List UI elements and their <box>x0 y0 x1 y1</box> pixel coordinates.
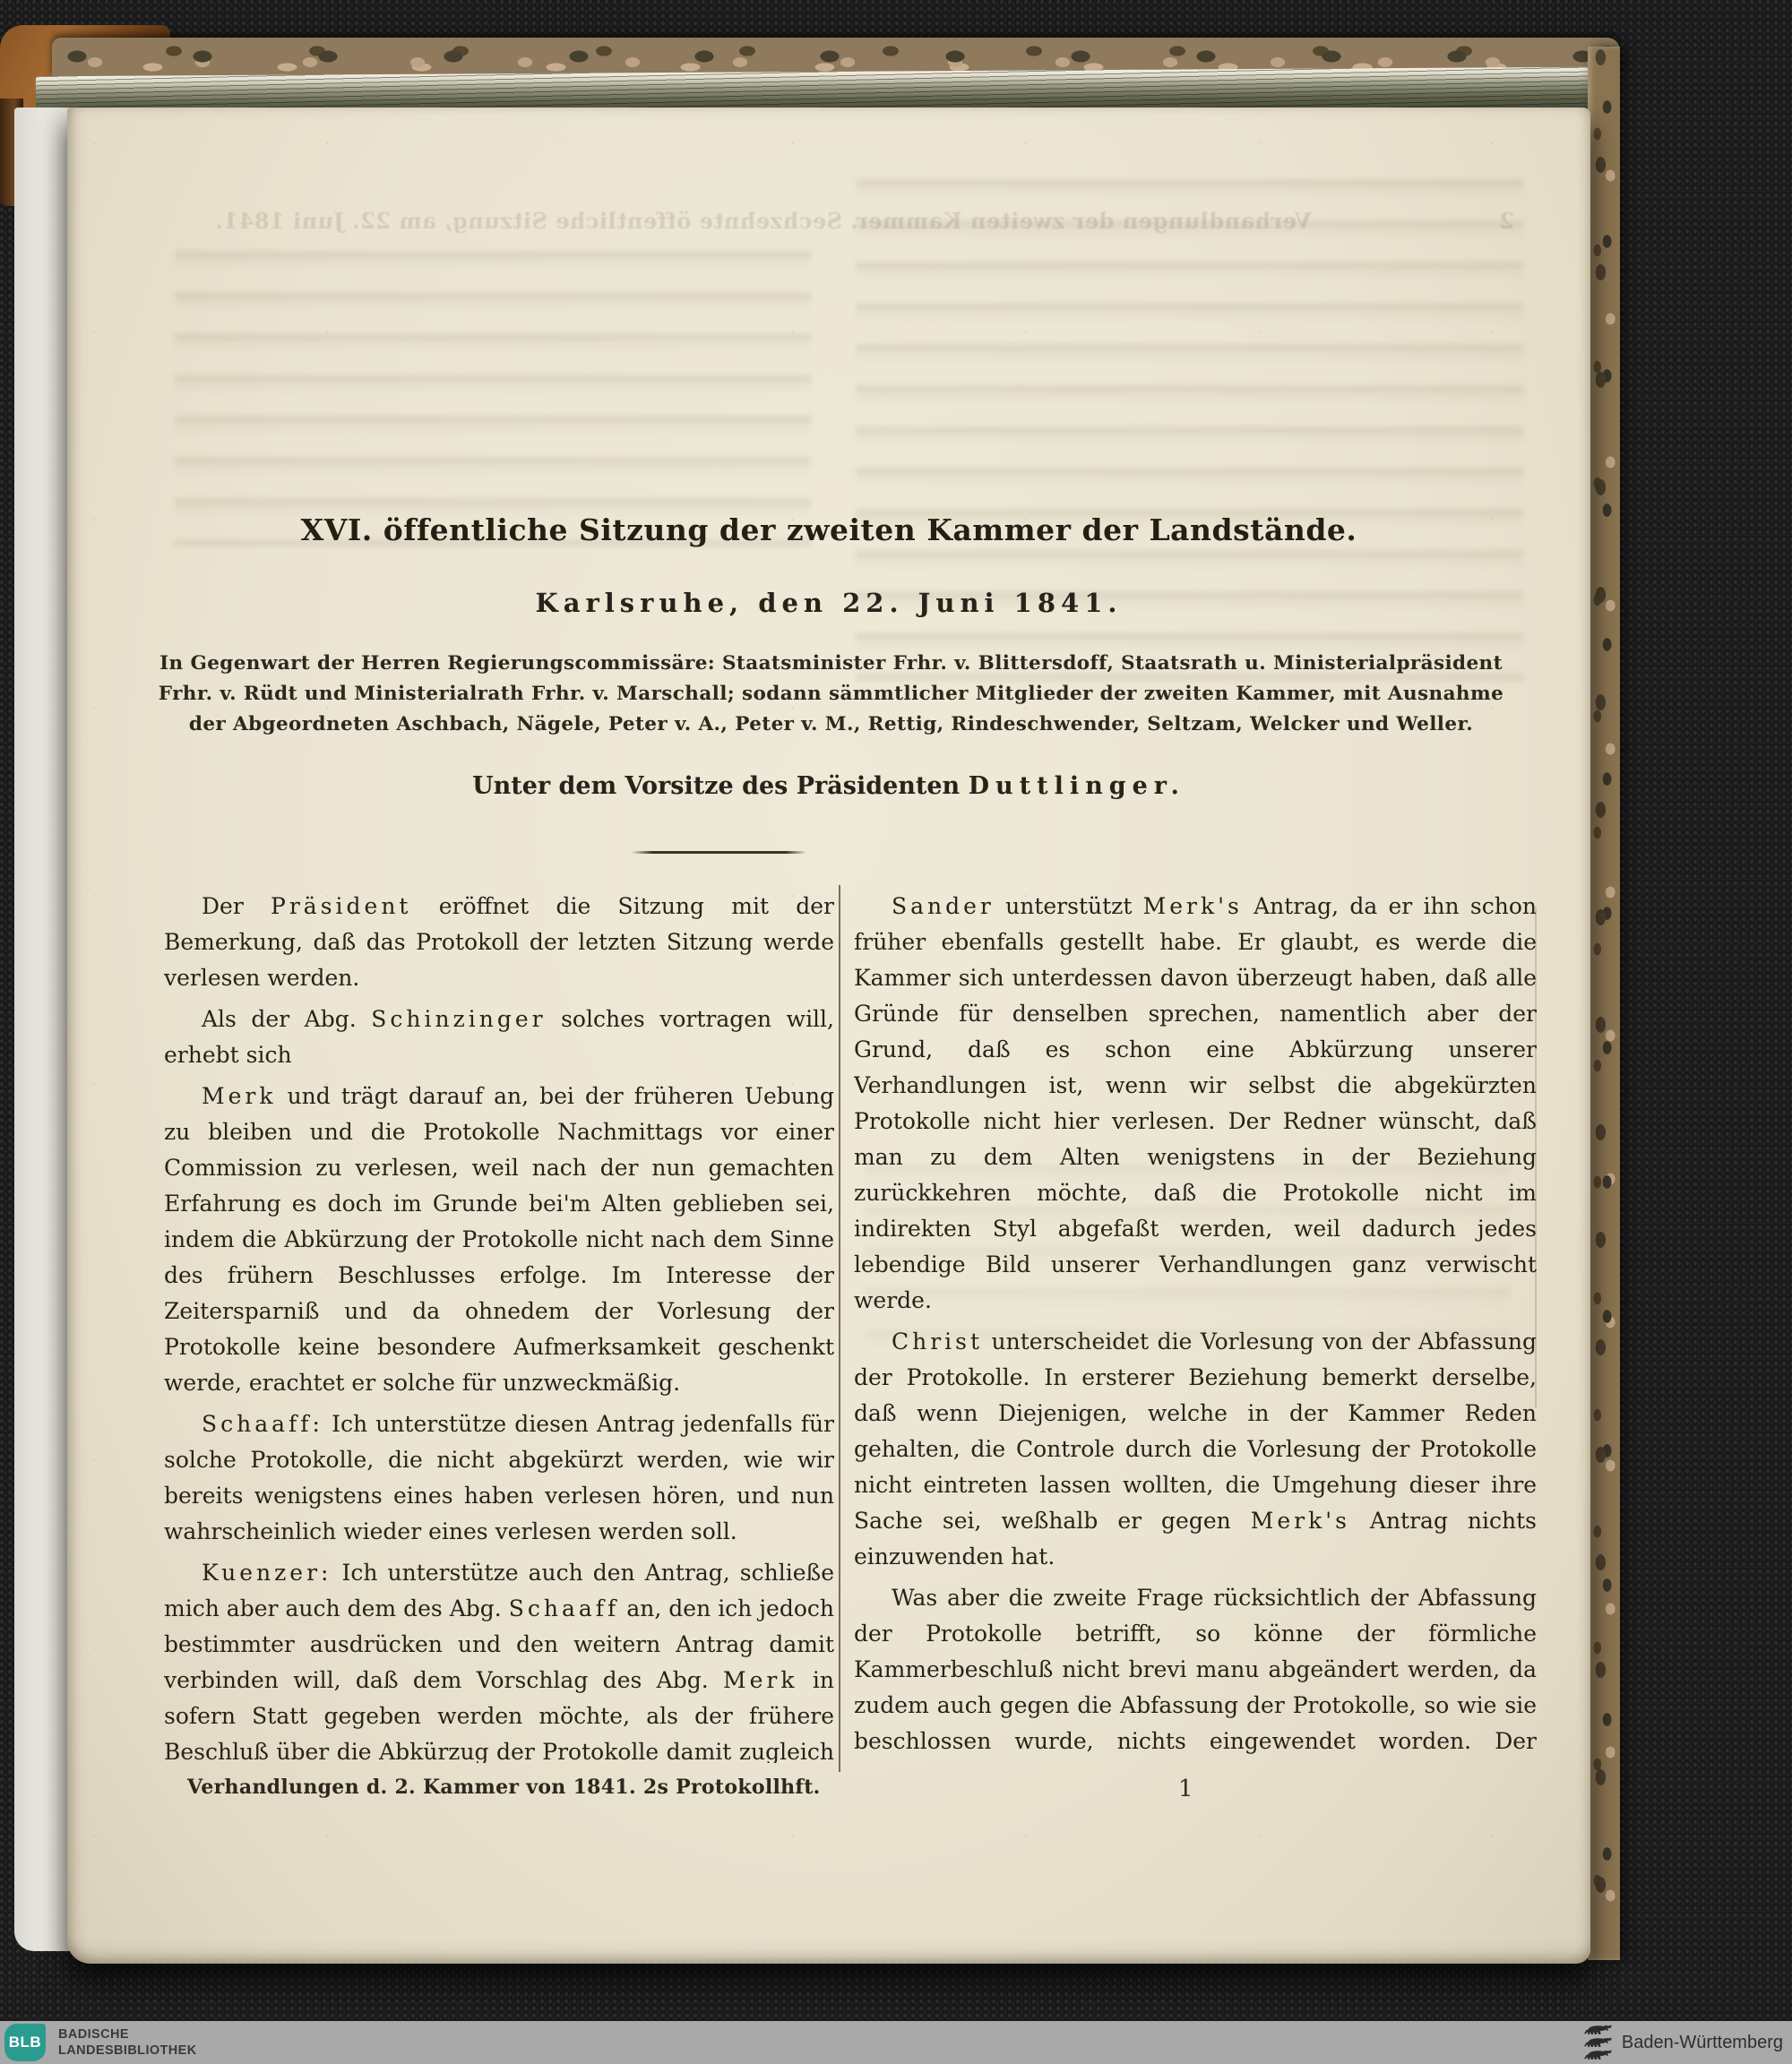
dateline: Karlsruhe, den 22. Juni 1841. <box>67 588 1590 618</box>
blb-logo-badge: BLB <box>4 2024 46 2061</box>
region-label: Baden-Württemberg <box>1622 2033 1783 2053</box>
volume-footnote: Verhandlungen d. 2. Kammer von 1841. 2s … <box>187 1776 821 1799</box>
column-divider-rule <box>839 885 840 1772</box>
paragraph: Sander unterstützt Merk's Antrag, da er … <box>854 889 1537 1319</box>
paragraph: Kuenzer: Ich unterstütze auch den Antrag… <box>164 1555 834 1763</box>
book-cover-marbled-right-edge <box>1588 47 1620 1960</box>
library-name-line1: BADISCHE <box>58 2026 197 2042</box>
paragraph: Schaaff: Ich unterstütze diesen Antrag j… <box>164 1406 834 1550</box>
baden-wuerttemberg-mark: Baden-Württemberg <box>1584 2025 1783 2061</box>
paragraph: Der Präsident eröffnet die Sitzung mit d… <box>164 889 834 996</box>
library-footer-bar: BLB BADISCHE LANDESBIBLIOTHEK Baden-Würt… <box>0 2021 1792 2064</box>
scan-stage: 2 Verhandlungen der zweiten Kammer. Sech… <box>0 0 1792 2064</box>
blb-logo-text: BLB <box>9 2034 41 2051</box>
paragraph: Merk und trägt darauf an, bei der früher… <box>164 1079 834 1401</box>
paragraph: Was aber die zweite Frage rücksichtlich … <box>854 1580 1537 1763</box>
left-column: Der Präsident eröffnet die Sitzung mit d… <box>164 889 834 1763</box>
library-name: BADISCHE LANDESBIBLIOTHEK <box>58 2026 197 2059</box>
bleedthrough-running-header: 2 Verhandlungen der zweiten Kammer. Sech… <box>215 208 1514 234</box>
chair-prefix: Unter dem Vorsitze des Präsidenten <box>472 772 969 800</box>
section-divider-rule <box>632 851 806 854</box>
text-columns: Der Präsident eröffnet die Sitzung mit d… <box>67 889 1590 1763</box>
attendance-note: In Gegenwart der Herren Regierungscommis… <box>157 649 1505 740</box>
bleedthrough-text-left <box>175 251 811 546</box>
paragraph: Christ unterscheidet die Vorlesung von d… <box>854 1324 1537 1575</box>
page-number: 1 <box>1178 1776 1193 1802</box>
chair-line: Unter dem Vorsitze des Präsidenten Duttl… <box>67 772 1590 800</box>
right-column: Sander unterstützt Merk's Antrag, da er … <box>854 889 1537 1763</box>
library-name-line2: LANDESBIBLIOTHEK <box>58 2042 197 2059</box>
page-title: XVI. öffentliche Sitzung der zweiten Kam… <box>67 512 1590 547</box>
paragraph: Als der Abg. Schinzinger solches vortrag… <box>164 1002 834 1073</box>
chair-president-name: Duttlinger. <box>969 772 1185 800</box>
book-page: 2 Verhandlungen der zweiten Kammer. Sech… <box>67 107 1590 1964</box>
bleedthrough-page-number: 2 <box>1499 208 1514 234</box>
baden-wuerttemberg-lions-icon <box>1584 2025 1613 2061</box>
bleedthrough-header-text: Verhandlungen der zweiten Kammer. Sechze… <box>215 208 1312 234</box>
